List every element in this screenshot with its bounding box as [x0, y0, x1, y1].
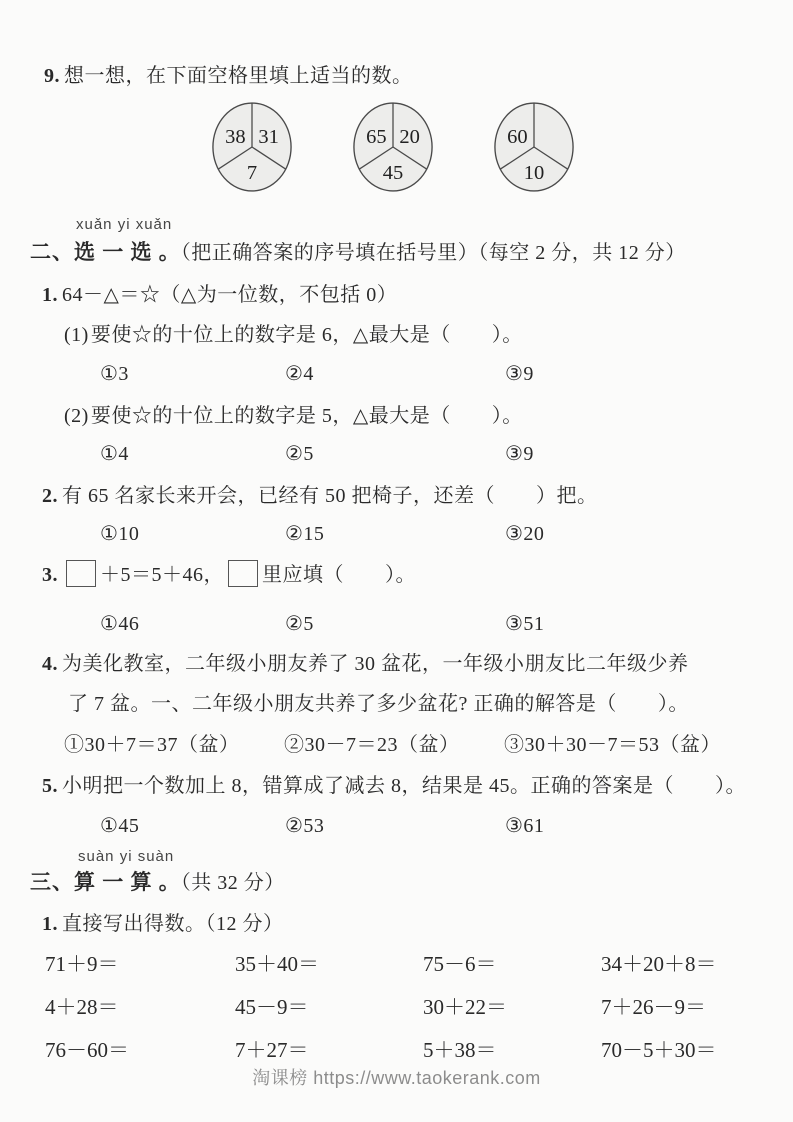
option: ③9	[505, 360, 534, 388]
option: ③61	[505, 812, 544, 840]
question-1-number: 1.	[42, 284, 58, 306]
arith-expression: 70－5＋30＝	[601, 1036, 765, 1064]
circle2-bottom-value: 45	[383, 162, 404, 184]
number-circle-2: 65 20 45	[351, 100, 435, 194]
arith-expression: 34＋20＋8＝	[601, 950, 765, 978]
number-circle-3: 60 10	[492, 100, 576, 194]
question-9-text: 想一想，在下面空格里填上适当的数。	[64, 65, 413, 87]
option: ②53	[285, 812, 505, 840]
section2-header: 二、选 一 选 。（把正确答案的序号填在括号里）（每空 2 分，共 12 分）	[30, 238, 686, 267]
question-3-seg2: 里应填（ ）。	[262, 564, 416, 586]
circle2-right-value: 20	[399, 126, 420, 148]
question-4-number: 4.	[42, 653, 58, 675]
option: ③9	[505, 440, 534, 468]
question-5-number: 5.	[42, 775, 58, 797]
option: ②30－7＝23（盆）	[284, 731, 504, 759]
option: ③30＋30－7＝53（盆）	[504, 731, 721, 759]
question-2-stem: 有 65 名家长来开会，已经有 50 把椅子，还差（ ）把。	[62, 485, 598, 507]
option: ①3	[100, 360, 285, 388]
question-3-seg1: ＋5＝5＋46，	[100, 564, 224, 586]
sub1-text: 要使☆的十位上的数字是 6，△最大是（ ）。	[91, 324, 523, 346]
question-3: 3.＋5＝5＋46，里应填（ ）。	[42, 560, 416, 589]
option: ①4	[100, 440, 285, 468]
section3-note: （共 32 分）	[181, 872, 285, 894]
sub1-label: (1)	[64, 324, 89, 346]
circle3-bottom-value: 10	[524, 162, 545, 184]
question-9: 9.想一想，在下面空格里填上适当的数。	[44, 62, 413, 90]
question-2: 2.有 65 名家长来开会，已经有 50 把椅子，还差（ ）把。	[42, 482, 598, 510]
question-5: 5.小明把一个数加上 8，错算成了减去 8，结果是 45。正确的答案是（ ）。	[42, 772, 746, 800]
circle3-left-value: 60	[507, 126, 527, 148]
worksheet-page: 9.想一想，在下面空格里填上适当的数。 38 31 7 65 20 45 60	[0, 0, 793, 1122]
arith-expression: 76－60＝	[45, 1036, 235, 1064]
question-3-number: 3.	[42, 564, 58, 586]
question-4: 4.为美化教室，二年级小朋友养了 30 盆花，一年级小朋友比二年级少养	[42, 650, 689, 678]
option: ②5	[285, 610, 505, 638]
arith-expression: 45－9＝	[235, 993, 423, 1021]
option: ③51	[505, 610, 544, 638]
section3-header: 三、算 一 算 。（共 32 分）	[30, 868, 285, 897]
section2-pinyin: xuǎn yi xuǎn	[76, 216, 172, 233]
circle1-right-value: 31	[258, 126, 279, 148]
question-4-options: ①30＋7＝37（盆） ②30－7＝23（盆） ③30＋30－7＝53（盆）	[64, 731, 721, 759]
question-9-number: 9.	[44, 65, 60, 87]
option: ①45	[100, 812, 285, 840]
section3-sub1-text: 直接写出得数。（12 分）	[62, 913, 284, 935]
arith-expression: 5＋38＝	[423, 1036, 601, 1064]
question-4-stem-line1: 为美化教室，二年级小朋友养了 30 盆花，一年级小朋友比二年级少养	[62, 653, 689, 675]
circle2-left-value: 65	[366, 126, 387, 148]
arith-expression: 35＋40＝	[235, 950, 423, 978]
sub2-label: (2)	[64, 405, 89, 427]
option: ③20	[505, 520, 544, 548]
question-5-options: ①45 ②53 ③61	[100, 812, 544, 840]
section3-sub1-number: 1.	[42, 913, 58, 935]
circles-row: 38 31 7 65 20 45 60 10	[210, 100, 576, 194]
question-1-stem: 64－△＝☆（△为一位数，不包括 0）	[62, 284, 397, 306]
option: ①46	[100, 610, 285, 638]
question-1-sub1-options: ①3 ②4 ③9	[100, 360, 534, 388]
section3-sub1: 1.直接写出得数。（12 分）	[42, 910, 284, 938]
arith-expression: 7＋26－9＝	[601, 993, 765, 1021]
footer-watermark: 淘课榜 https://www.taokerank.com	[0, 1064, 793, 1090]
question-4-stem-line2: 了 7 盆。一、二年级小朋友共养了多少盆花? 正确的解答是（ ）。	[68, 690, 689, 718]
option: ②5	[285, 440, 505, 468]
option: ①10	[100, 520, 285, 548]
option: ②15	[285, 520, 505, 548]
blank-box	[228, 560, 258, 587]
section3-title: 三、算 一 算 。	[30, 870, 181, 894]
arith-expression: 7＋27＝	[235, 1036, 423, 1064]
arith-expression: 75－6＝	[423, 950, 601, 978]
number-circle-1: 38 31 7	[210, 100, 294, 194]
question-2-options: ①10 ②15 ③20	[100, 520, 544, 548]
question-1-sub2-options: ①4 ②5 ③9	[100, 440, 534, 468]
section2-title: 二、选 一 选 。	[30, 240, 181, 264]
circle1-bottom-value: 7	[247, 162, 257, 184]
section3-pinyin: suàn yi suàn	[78, 848, 174, 865]
question-1-sub1: (1)要使☆的十位上的数字是 6，△最大是（ ）。	[64, 321, 523, 349]
arith-expression: 30＋22＝	[423, 993, 601, 1021]
question-5-stem: 小明把一个数加上 8，错算成了减去 8，结果是 45。正确的答案是（ ）。	[62, 775, 746, 797]
section2-note: （把正确答案的序号填在括号里）（每空 2 分，共 12 分）	[181, 242, 686, 264]
arith-expression: 4＋28＝	[45, 993, 235, 1021]
arith-expression: 71＋9＝	[45, 950, 235, 978]
question-1-sub2: (2)要使☆的十位上的数字是 5，△最大是（ ）。	[64, 402, 523, 430]
question-2-number: 2.	[42, 485, 58, 507]
sub2-text: 要使☆的十位上的数字是 5，△最大是（ ）。	[91, 405, 523, 427]
option: ②4	[285, 360, 505, 388]
blank-box	[66, 560, 96, 587]
arithmetic-grid: 71＋9＝ 35＋40＝ 75－6＝ 34＋20＋8＝ 4＋28＝ 45－9＝ …	[45, 950, 765, 1064]
question-1: 1.64－△＝☆（△为一位数，不包括 0）	[42, 281, 397, 309]
circle1-left-value: 38	[225, 126, 246, 148]
option: ①30＋7＝37（盆）	[64, 731, 284, 759]
question-3-options: ①46 ②5 ③51	[100, 610, 544, 638]
